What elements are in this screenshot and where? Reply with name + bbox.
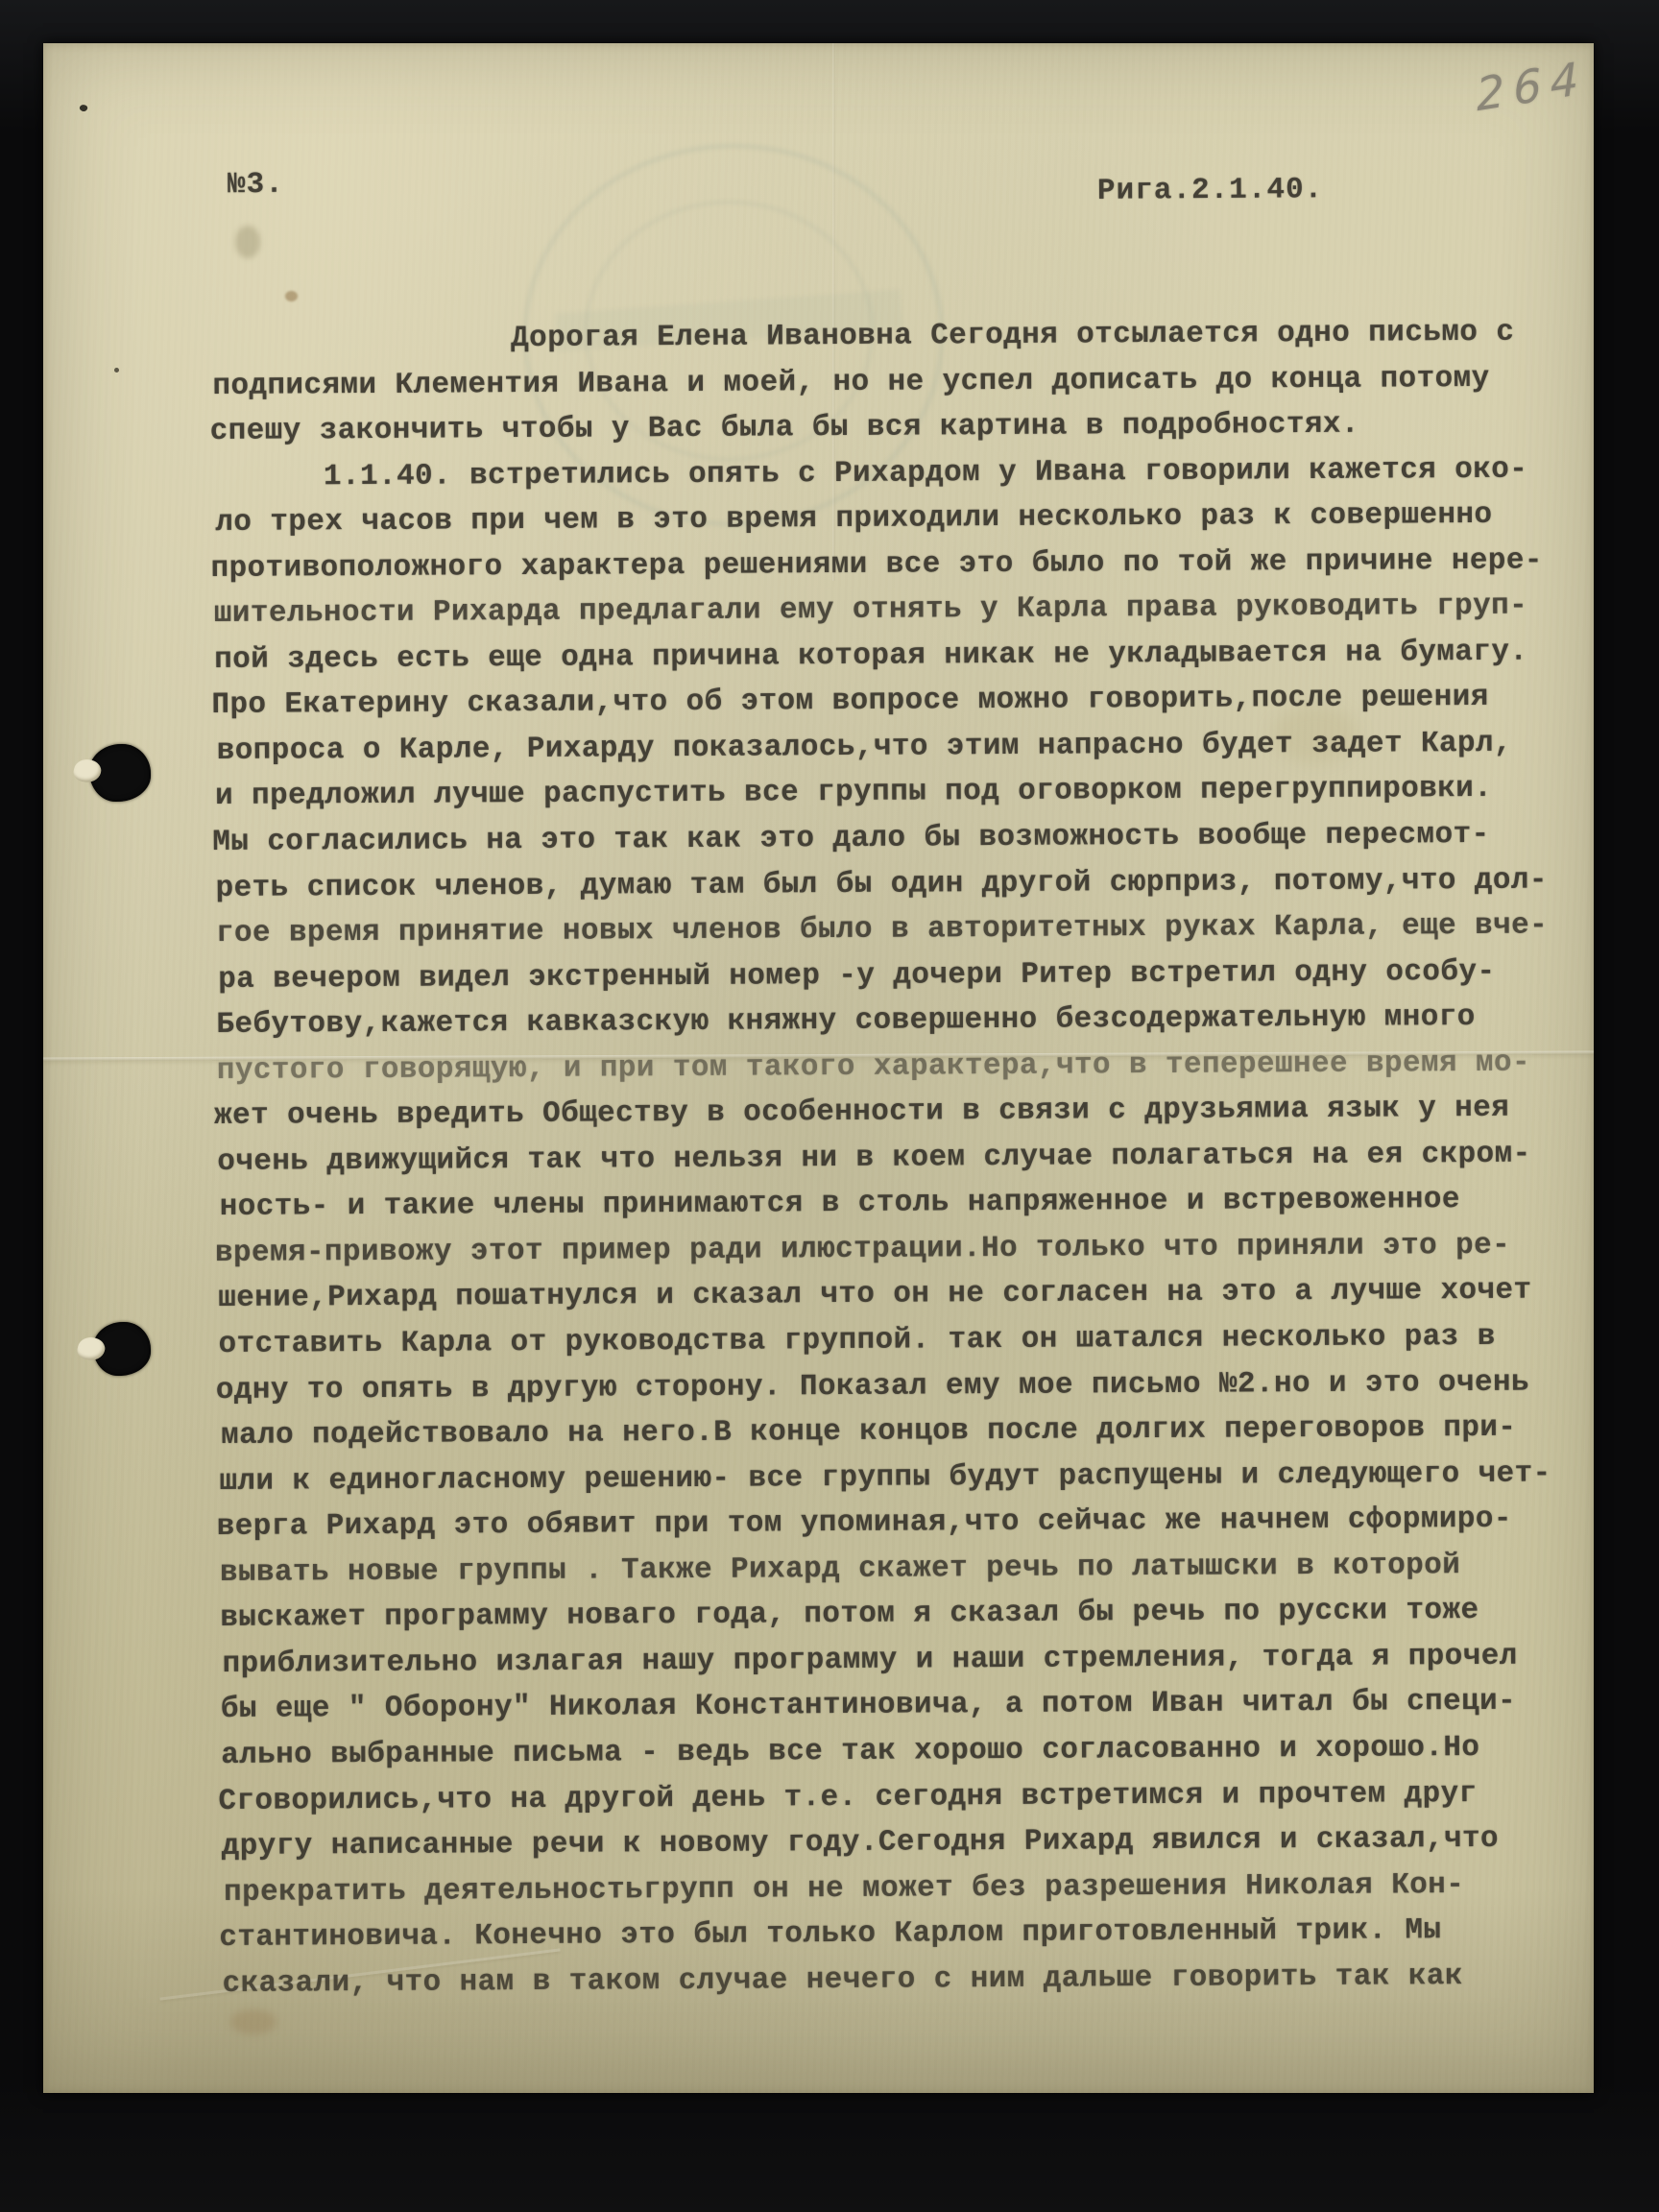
document-number: №3. [228, 168, 284, 202]
text-line: стантиновича. Конечно это был только Кар… [219, 1907, 1595, 1960]
text-line: бы еще " Оборону" Николая Константинович… [221, 1679, 1594, 1733]
text-line: вывать новые группы . Также Рихард скаже… [220, 1542, 1593, 1596]
text-line: гое время принятие новых членов было в а… [216, 902, 1589, 956]
text-line: отставить Карла от руководства группой. … [218, 1313, 1591, 1367]
text-line: шительности Рихарда предлагали ему отнят… [214, 584, 1587, 637]
age-stain [285, 291, 298, 301]
scan-frame: 264 №3. Рига.2.1.40. Дорогая Елена Ивано… [0, 0, 1659, 2212]
text-line: приблизительно излагая нашу программу и … [222, 1633, 1593, 1687]
ink-smudge [235, 226, 260, 258]
text-line: жет очень вредить Обществу в особенности… [214, 1086, 1590, 1140]
text-line: 1.1.40. встретились опять с Рихардом у И… [213, 446, 1586, 500]
text-line: выскажет программу новаго года, потом я … [220, 1588, 1593, 1642]
text-line: пой здесь есть еще одна причина которая … [214, 629, 1587, 683]
text-line: вопроса о Карле, Рихарду показалось,что … [217, 720, 1588, 774]
text-line: шли к единогласному решению- все группы … [219, 1451, 1592, 1504]
age-stain [230, 2009, 276, 2034]
text-line: подписями Клементия Ивана и моей, но не … [212, 355, 1585, 409]
text-line: ло трех часов при чем в это время приход… [215, 492, 1586, 545]
punch-hole-top [89, 744, 151, 802]
text-line: противоположного характера решениями все… [210, 538, 1586, 591]
text-line: Сговорились,что на другой день т.е. сего… [218, 1770, 1594, 1824]
text-line: спешу закончить чтобы у Вас была бы вся … [210, 400, 1586, 454]
page-number-handwritten: 264 [1475, 52, 1588, 122]
ink-speck [114, 368, 119, 373]
text-line: прекратить деятельностьгрупп он не может… [224, 1862, 1595, 1915]
text-line: Дорогая Елена Ивановна Сегодня отсылаетс… [212, 309, 1585, 363]
text-line: реть список членов, думаю там был бы оди… [215, 857, 1588, 911]
punch-hole-bottom [93, 1322, 151, 1376]
letter-body: Дорогая Елена Ивановна Сегодня отсылаетс… [212, 309, 1596, 2007]
text-line: Бебутову,кажется кавказскую княжну совер… [216, 994, 1589, 1047]
text-line: Про Екатерину сказали,что об этом вопрос… [211, 675, 1587, 729]
text-line: ра вечером видел экстренный номер -у доч… [218, 949, 1589, 1002]
text-line: шение,Рихард пошатнулся и сказал что он … [218, 1268, 1591, 1322]
text-line: мало подействовало на него.В конце концо… [221, 1405, 1592, 1458]
text-line: время-привожу этот пример ради илюстраци… [215, 1222, 1591, 1276]
text-line: пустого говорящую, и при том такого хара… [217, 1040, 1590, 1094]
dateline: Рига.2.1.40. [1097, 173, 1323, 208]
text-line: другу написанные речи к новому году.Сего… [222, 1815, 1595, 1869]
text-line: ально выбранные письма - ведь все так хо… [221, 1724, 1594, 1778]
document-page: 264 №3. Рига.2.1.40. Дорогая Елена Ивано… [43, 43, 1594, 2093]
text-line: верга Рихард это обявит при том упоминая… [217, 1496, 1593, 1550]
text-line: сказали, что нам в таком случае нечего с… [222, 1953, 1595, 2007]
text-line: очень движущийся так что нельзя ни в кое… [217, 1131, 1590, 1185]
ink-speck [79, 104, 88, 113]
text-line: одну то опять в другую сторону. Показал … [216, 1359, 1592, 1413]
text-line: ность- и такие члены принимаются в столь… [220, 1177, 1591, 1231]
text-line: и предложил лучше распустить все группы … [215, 766, 1588, 820]
